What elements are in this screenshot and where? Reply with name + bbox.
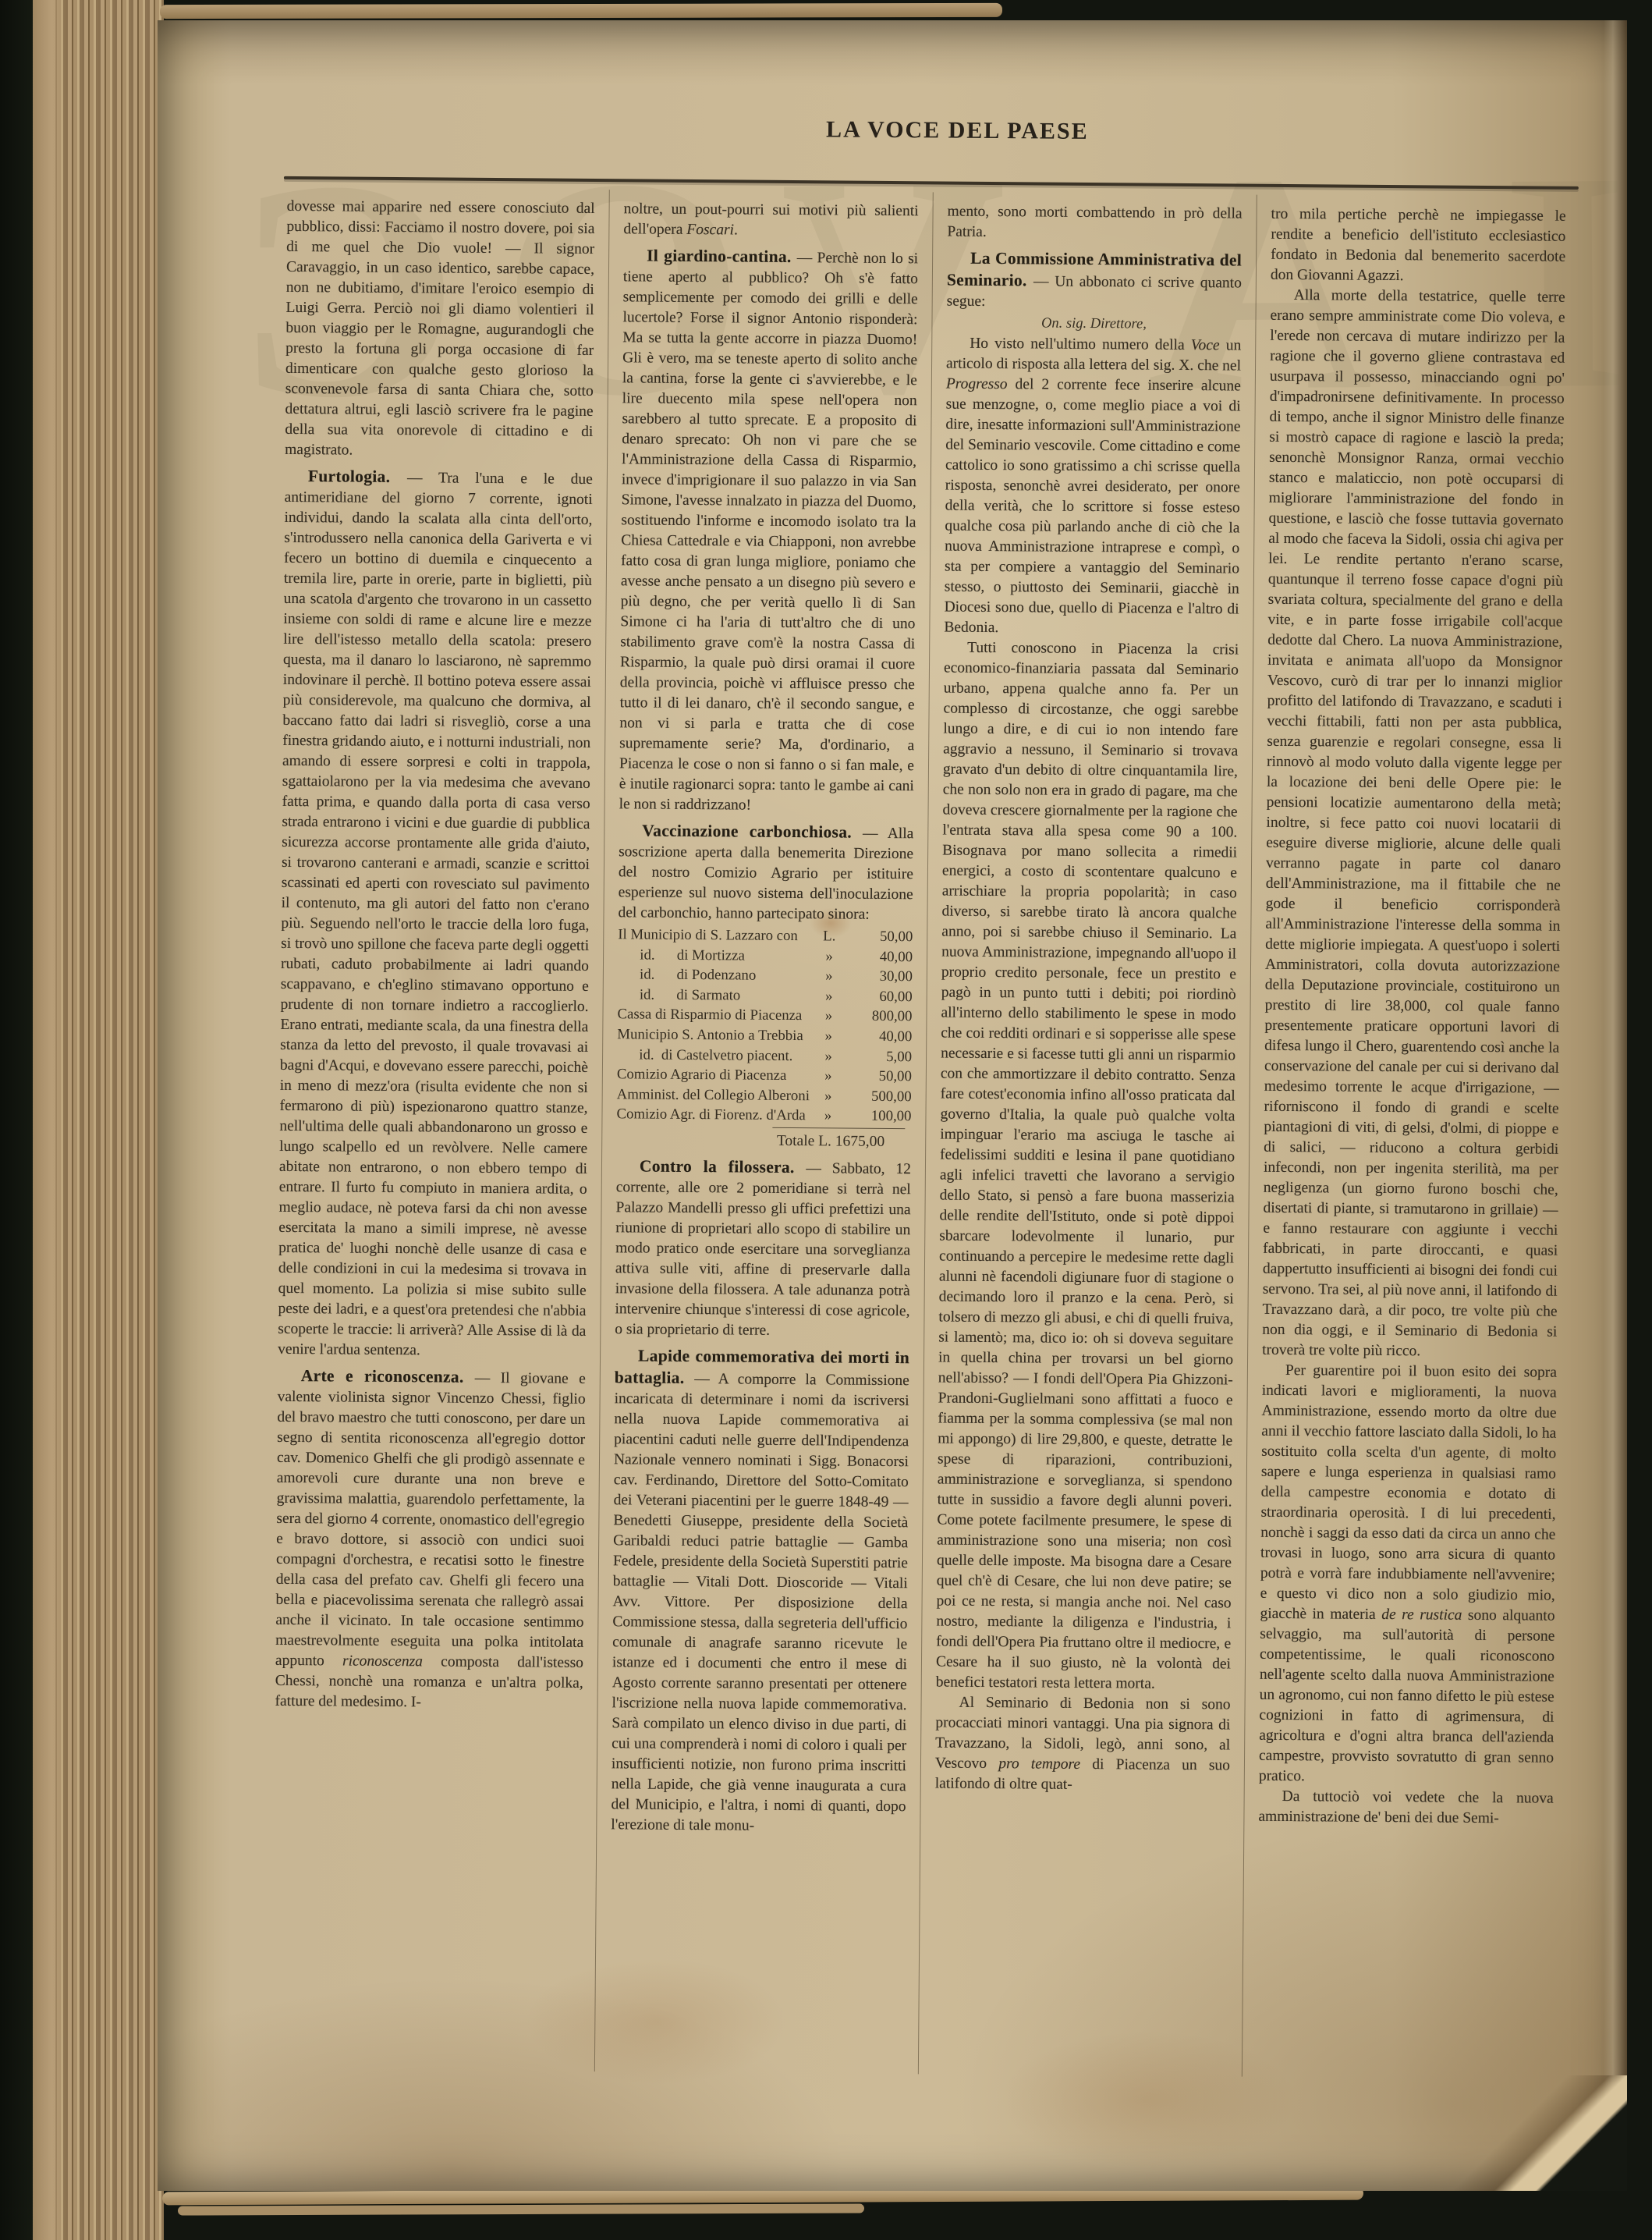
currency-mark: L. xyxy=(817,926,841,946)
subscription-row: id. di Sarmato»60,00 xyxy=(618,985,913,1007)
body-paragraph: Alla morte della testatrice, quelle terr… xyxy=(1262,286,1565,1363)
currency-mark: » xyxy=(817,1066,840,1086)
book-binding-edge xyxy=(0,0,36,2240)
photo-of-newspaper-page: LA VOCE LA VOCE DEL PAESE dovesse mai ap… xyxy=(0,0,1652,2240)
newspaper-column-4: tro mila pertiche perchè ne impiegasse l… xyxy=(1242,195,1580,2079)
body-paragraph: dovesse mai apparire ned essere conosciu… xyxy=(285,197,595,463)
article-paragraph: Contro la filossera. — Sabbato, 12 corre… xyxy=(615,1155,911,1342)
subscription-amount: 30,00 xyxy=(841,967,913,987)
italic-text: de re rustica xyxy=(1381,1606,1462,1624)
total-rule xyxy=(772,1127,905,1129)
newspaper-column-1: dovesse mai apparire ned essere conosciu… xyxy=(271,187,609,2071)
subscription-row: id. di Castelvetro piacent.»5,00 xyxy=(617,1045,912,1067)
italic-text: riconoscenza xyxy=(342,1653,423,1670)
body-paragraph: tro mila pertiche perchè ne impiegasse l… xyxy=(1271,204,1566,288)
subscription-amount: 40,00 xyxy=(840,1026,912,1046)
newspaper-column-3: mento, sono morti combattendo in prò del… xyxy=(918,192,1257,2076)
letter-salutation: On. sig. Direttore, xyxy=(946,315,1241,334)
subscription-row: Il Municipio di S. Lazzaro conL.50,00 xyxy=(618,925,913,947)
subscription-row: Amminist. del Collegio Alberoni»500,00 xyxy=(617,1085,912,1107)
masthead-rule xyxy=(284,176,1579,190)
subscriber-name: Amminist. del Collegio Alberoni xyxy=(617,1085,817,1106)
currency-mark: » xyxy=(817,1046,840,1067)
body-paragraph: Al Seminario di Bedonia non si sono proc… xyxy=(935,1692,1231,1796)
article-title: Furtologia. xyxy=(308,467,407,486)
subscription-amount: 5,00 xyxy=(840,1046,912,1067)
body-paragraph: mento, sono morti combattendo in prò del… xyxy=(947,202,1242,245)
subscription-amount: 50,00 xyxy=(841,926,913,946)
total-label: Totale L. 1675,00 xyxy=(777,1133,912,1150)
page-edge-sheen xyxy=(1604,20,1627,2191)
page-stack-shading xyxy=(33,0,64,2240)
subscriber-name: Municipio S. Antonio a Trebbia xyxy=(617,1024,817,1046)
subscription-amount: 50,00 xyxy=(840,1067,912,1087)
body-paragraph: Tutti conoscono in Piacenza la crisi eco… xyxy=(936,638,1239,1695)
article-title: Il giardino-cantina. xyxy=(647,247,797,267)
italic-text: On. sig. Direttore, xyxy=(1041,315,1147,332)
subscription-amount: 100,00 xyxy=(839,1106,911,1127)
article-title: Lapide commemorativa dei morti in battag… xyxy=(615,1346,909,1387)
italic-text: pro tempore xyxy=(998,1755,1080,1773)
article-paragraph: Lapide commemorativa dei morti in battag… xyxy=(611,1345,909,1837)
currency-mark: » xyxy=(817,1086,840,1106)
underlying-page-top-edge xyxy=(160,3,1002,19)
currency-mark: » xyxy=(816,1106,839,1127)
subscriber-name: id. di Mortizza xyxy=(618,945,817,967)
italic-text: Voce xyxy=(1191,337,1220,353)
italic-text: Foscari xyxy=(686,222,734,238)
subscription-row: Comizio Agr. di Fiorenz. d'Arda»100,00 xyxy=(616,1105,911,1127)
italic-text: Progresso xyxy=(946,376,1008,393)
subscription-row: Comizio Agrario di Piacenza»50,00 xyxy=(617,1064,912,1087)
subscription-row: Municipio S. Antonio a Trebbia»40,00 xyxy=(617,1024,912,1047)
masthead-title: LA VOCE DEL PAESE xyxy=(290,112,1601,149)
article-paragraph: Arte e riconoscenza. — Il giovane e vale… xyxy=(275,1365,585,1714)
subscription-amount: 60,00 xyxy=(841,986,913,1006)
article-paragraph: La Commissione Amministrativa del Semina… xyxy=(947,248,1243,314)
subscriber-name: id. di Sarmato xyxy=(618,985,817,1006)
article-paragraph: Vaccinazione carbonchiosa. — Alla soscri… xyxy=(618,820,913,925)
subscription-amount: 40,00 xyxy=(841,946,913,967)
subscriber-name: id. di Podenzano xyxy=(618,964,817,986)
subscriber-name: Comizio Agr. di Fiorenz. d'Arda xyxy=(616,1105,816,1127)
subscription-total: Totale L. 1675,00 xyxy=(616,1126,911,1152)
body-paragraph: Per guarentire poi il buon esito dei sop… xyxy=(1259,1361,1557,1789)
subscription-row: id. di Mortizza»40,00 xyxy=(618,945,913,967)
article-title: Arte e riconoscenza. xyxy=(301,1366,475,1386)
subscription-amount: 500,00 xyxy=(840,1086,912,1106)
currency-mark: » xyxy=(817,946,841,967)
newspaper-column-2: noltre, un pout-pourri sui motivi più sa… xyxy=(594,190,933,2074)
article-paragraph: Il giardino-cantina. — Perchè non lo si … xyxy=(619,245,919,817)
subscription-row: Cassa di Risparmio di Piacenza»800,00 xyxy=(617,1005,912,1028)
subscription-list: Il Municipio di S. Lazzaro conL.50,00 id… xyxy=(616,925,913,1127)
body-paragraph: Ho visto nell'ultimo numero della Voce u… xyxy=(944,334,1241,641)
subscriber-name: Il Municipio di S. Lazzaro con xyxy=(618,925,817,946)
article-paragraph: Furtologia. — Tra l'una e le due antimer… xyxy=(278,466,593,1362)
currency-mark: » xyxy=(817,1026,840,1046)
subscription-amount: 800,00 xyxy=(840,1006,912,1027)
currency-mark: » xyxy=(817,986,841,1006)
article-title: Contro la filossera. xyxy=(640,1156,807,1177)
subscriber-name: id. di Castelvetro piacent. xyxy=(617,1045,817,1067)
body-paragraph: noltre, un pout-pourri sui motivi più sa… xyxy=(623,199,918,242)
article-title: Vaccinazione carbonchiosa. xyxy=(642,821,863,841)
article-title: La Commissione Amministrativa del Semina… xyxy=(947,249,1242,290)
newspaper-page: LA VOCE LA VOCE DEL PAESE dovesse mai ap… xyxy=(158,20,1627,2191)
page-corner-curl xyxy=(1449,2075,1627,2191)
columns-container: dovesse mai apparire ned essere conosciu… xyxy=(271,187,1580,2079)
subscription-row: id. di Podenzano»30,00 xyxy=(618,964,913,987)
subscriber-name: Cassa di Risparmio di Piacenza xyxy=(617,1005,817,1027)
currency-mark: » xyxy=(817,1006,840,1027)
currency-mark: » xyxy=(817,966,841,986)
subscriber-name: Comizio Agrario di Piacenza xyxy=(617,1064,817,1086)
body-paragraph: Da tuttociò voi vedete che la nuova ammi… xyxy=(1258,1787,1553,1830)
printed-content: LA VOCE DEL PAESE dovesse mai apparire n… xyxy=(158,20,1627,2191)
underlying-page-bottom-edge-2 xyxy=(178,2203,864,2215)
